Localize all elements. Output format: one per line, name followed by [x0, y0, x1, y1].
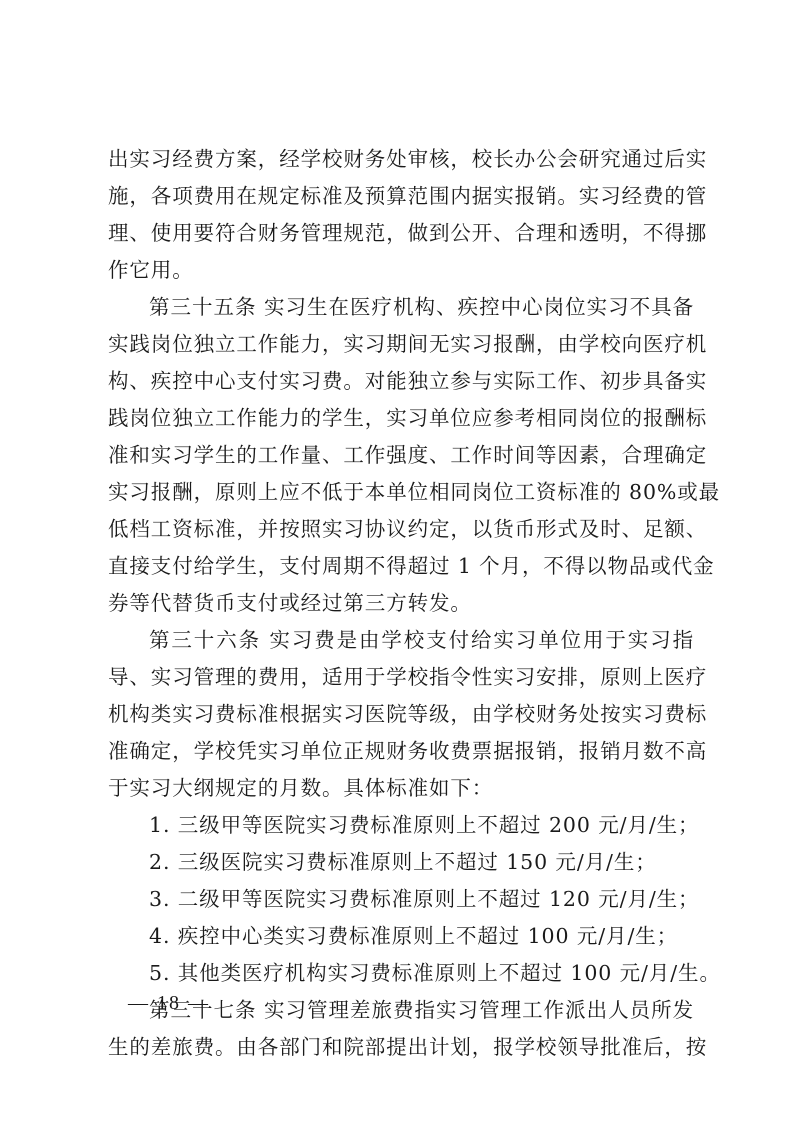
text-line: 实践岗位独立工作能力，实习期间无实习报酬，由学校向医疗机 — [108, 326, 694, 363]
article-36-heading-line: 第三十六条 实习费是由学校支付给实习单位用于实习指 — [108, 622, 694, 659]
text-line: 作它用。 — [108, 252, 694, 289]
fee-standard-item-4: 4. 疾控中心类实习费标准原则上不超过 100 元/月/生； — [108, 918, 694, 955]
text-line: 构、疾控中心支付实习费。对能独立参与实际工作、初步具备实 — [108, 363, 694, 400]
fee-standard-item-1: 1. 三级甲等医院实习费标准原则上不超过 200 元/月/生； — [108, 807, 694, 844]
article-35-heading-line: 第三十五条 实习生在医疗机构、疾控中心岗位实习不具备 — [108, 289, 694, 326]
body-text: 出实习经费方案，经学校财务处审核，校长办公会研究通过后实 施，各项费用在规定标准… — [108, 141, 694, 1066]
fee-standard-item-2: 2. 三级医院实习费标准原则上不超过 150 元/月/生； — [108, 844, 694, 881]
fee-standard-item-5: 5. 其他类医疗机构实习费标准原则上不超过 100 元/月/生。 — [108, 955, 694, 992]
text-line: 导、实习管理的费用，适用于学校指令性实习安排，原则上医疗 — [108, 659, 694, 696]
document-page: 出实习经费方案，经学校财务处审核，校长办公会研究通过后实 施，各项费用在规定标准… — [0, 0, 794, 1123]
text-line: 准确定，学校凭实习单位正规财务收费票据报销，报销月数不高 — [108, 733, 694, 770]
text-line: 出实习经费方案，经学校财务处审核，校长办公会研究通过后实 — [108, 141, 694, 178]
text-line: 直接支付给学生，支付周期不得超过 1 个月，不得以物品或代金 — [108, 548, 694, 585]
text-line: 准和实习学生的工作量、工作强度、工作时间等因素，合理确定 — [108, 437, 694, 474]
text-line: 于实习大纲规定的月数。具体标准如下： — [108, 770, 694, 807]
text-line: 券等代替货币支付或经过第三方转发。 — [108, 585, 694, 622]
page-number: — 18 — — [128, 992, 210, 1015]
text-line: 施，各项费用在规定标准及预算范围内据实报销。实习经费的管 — [108, 178, 694, 215]
text-line: 机构类实习费标准根据实习医院等级，由学校财务处按实习费标 — [108, 696, 694, 733]
text-line: 理、使用要符合财务管理规范，做到公开、合理和透明，不得挪 — [108, 215, 694, 252]
text-line: 低档工资标准，并按照实习协议约定，以货币形式及时、足额、 — [108, 511, 694, 548]
text-line: 生的差旅费。由各部门和院部提出计划，报学校领导批准后，按 — [108, 1029, 694, 1066]
text-line: 实习报酬，原则上应不低于本单位相同岗位工资标准的 80%或最 — [108, 474, 694, 511]
text-line: 践岗位独立工作能力的学生，实习单位应参考相同岗位的报酬标 — [108, 400, 694, 437]
fee-standard-item-3: 3. 二级甲等医院实习费标准原则上不超过 120 元/月/生； — [108, 881, 694, 918]
